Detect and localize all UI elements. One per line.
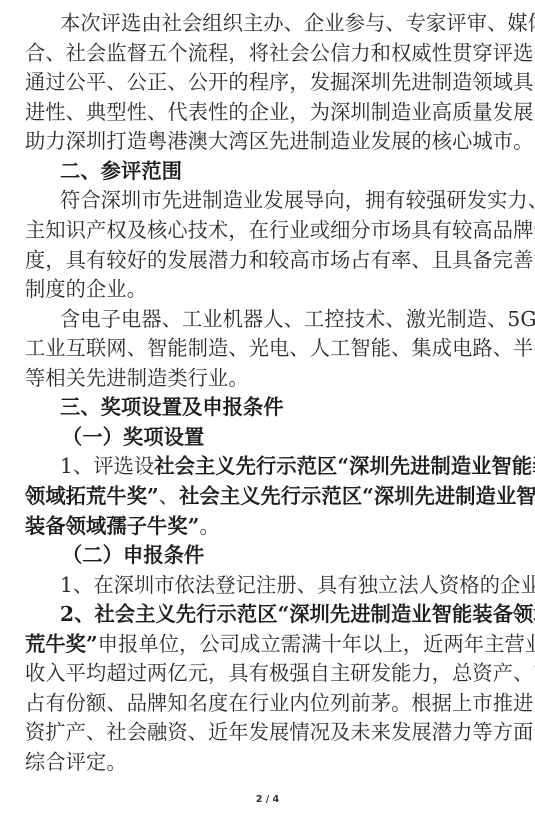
condition-item-2-line-5: 资扩产、社会融资、近年发展情况及未来发展潜力等方面予以 (25, 718, 517, 748)
subheading-award-settings: （一）奖项设置 (62, 423, 535, 453)
scope-para2-line-2: 工业互联网、智能制造、光电、人工智能、集成电路、半导体 (25, 334, 517, 364)
award-item-1-line-3: 装备领域孺子牛奖”。 (25, 512, 517, 542)
award-separator: 、 (159, 484, 179, 508)
page-number: 2 / 4 (0, 794, 535, 805)
condition-item-2-line-3: 收入平均超过两亿元，具有极强自主研发能力，总资产、市场 (25, 659, 517, 689)
intro-line-5: 助力深圳打造粤港澳大湾区先进制造业发展的核心城市。 (25, 127, 517, 157)
scope-para1-line-4: 制度的企业。 (25, 275, 517, 305)
condition-item-1: 1、在深圳市依法登记注册、具有独立法人资格的企业； (60, 571, 517, 601)
scope-para1-line-2: 主知识产权及核心技术，在行业或细分市场具有较高品牌知名 (25, 216, 517, 246)
award-item-1-prefix: 1、评选设 (60, 454, 154, 478)
award-name-pioneer-part2: 领域拓荒牛奖” (25, 484, 159, 508)
section-heading-scope: 二、参评范围 (60, 157, 535, 187)
condition-item-2-line-1: 2、社会主义先行示范区“深圳先进制造业智能装备领域拓 (60, 600, 517, 630)
condition-item-2-line-6: 综合评定。 (25, 748, 517, 778)
condition-item-2-text: 申报单位，公司成立需满十年以上，近两年主营业务 (98, 632, 535, 656)
award-name-servant-part2: 装备领域孺子牛奖” (25, 514, 199, 538)
award-item-1-line-1: 1、评选设社会主义先行示范区“深圳先进制造业智能装备 (60, 452, 517, 482)
document-page: 本次评选由社会组织主办、企业参与、专家评审、媒体配 合、社会监督五个流程，将社会… (0, 0, 535, 824)
scope-para2-line-3: 等相关先进制造类行业。 (25, 364, 517, 394)
intro-line-3: 通过公平、公正、公开的程序，发掘深圳先进制造领域具有先 (25, 68, 517, 98)
section-heading-awards: 三、奖项设置及申报条件 (60, 393, 535, 423)
intro-line-1: 本次评选由社会组织主办、企业参与、专家评审、媒体配 (60, 9, 517, 39)
condition-item-2-line-2: 荒牛奖”申报单位，公司成立需满十年以上，近两年主营业务 (25, 630, 517, 660)
award-name-servant-part1: 社会主义先行示范区“深圳先进制造业智能 (179, 484, 535, 508)
scope-para1-line-1: 符合深圳市先进制造业发展导向，拥有较强研发实力、自 (60, 186, 517, 216)
subheading-application-conditions: （二）申报条件 (62, 541, 535, 571)
condition-item-2-award-name-end: 荒牛奖” (25, 632, 98, 656)
award-name-pioneer-part1: 社会主义先行示范区“深圳先进制造业智能装备 (154, 454, 535, 478)
scope-para2-line-1: 含电子电器、工业机器人、工控技术、激光制造、5G 技术、 (60, 305, 517, 335)
intro-line-4: 进性、典型性、代表性的企业，为深圳制造业高质量发展赋能， (25, 98, 517, 128)
condition-item-2-line-4: 占有份额、品牌知名度在行业内位列前茅。根据上市推进、增 (25, 689, 517, 719)
scope-para1-line-3: 度，具有较好的发展潜力和较高市场占有率、且具备完善管理 (25, 246, 517, 276)
award-end-punct: 。 (199, 514, 219, 538)
intro-line-2: 合、社会监督五个流程，将社会公信力和权威性贯穿评选全程， (25, 39, 517, 69)
award-item-1-line-2: 领域拓荒牛奖”、社会主义先行示范区“深圳先进制造业智能 (25, 482, 517, 512)
